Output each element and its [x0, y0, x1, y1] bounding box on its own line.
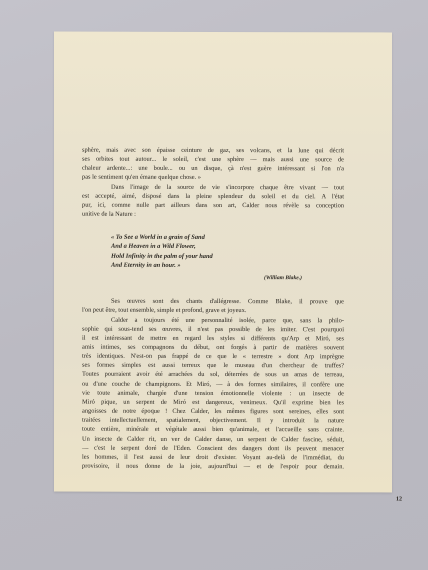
text-line: sophie qui sous-tend ses œuvres, il n'es… — [82, 324, 344, 334]
body-text: sphère, mais avec son épaisse ceinture d… — [82, 146, 344, 472]
paragraph-2: Dans l'image de la source de vie s'incor… — [82, 182, 344, 219]
poem-line: Hold Infinity in the palm of your hand — [111, 251, 344, 261]
text-line: Dans l'image de la source de vie s'incor… — [82, 182, 344, 192]
text-line: unitive de la Nature : — [82, 210, 344, 220]
document-page: sphère, mais avec son épaisse ceinture d… — [54, 32, 392, 493]
text-line: toute entière, minérale et végétale auss… — [82, 425, 344, 435]
text-line: provisoire, il nous donne de la joie, au… — [82, 462, 344, 472]
text-line: Un insecte de Calder rit, un ver de Cald… — [82, 434, 344, 444]
page-number: 12 — [396, 496, 402, 502]
text-line: — c'est le serpent doré de l'Eden. Consc… — [82, 443, 344, 453]
paragraph-4: Calder a toujours été une personnalité i… — [82, 315, 344, 471]
text-line: l'on peut être, tout ensemble, simple et… — [82, 306, 344, 316]
poem-line: And a Heaven in a Wild Flower, — [111, 242, 344, 252]
text-line: ou d'une couche de champignons. Et Miró,… — [82, 379, 344, 389]
poem-attribution: (William Blake.) — [82, 274, 302, 284]
paragraph-1: sphère, mais avec son épaisse ceinture d… — [82, 146, 344, 183]
poem-quote: « To See a World in a grain of Sand And … — [111, 233, 344, 270]
paragraph-3: Ses œuvres sont des chants d'allégresse.… — [82, 297, 344, 316]
poem-line: And Eternity in an hour. » — [111, 261, 344, 271]
text-line: Calder a toujours été une personnalité i… — [82, 315, 344, 325]
text-line: Toutes pourraient avoir été arrachées du… — [82, 370, 344, 380]
text-line: pas le sentiment qu'en émane quelque cho… — [82, 173, 344, 183]
